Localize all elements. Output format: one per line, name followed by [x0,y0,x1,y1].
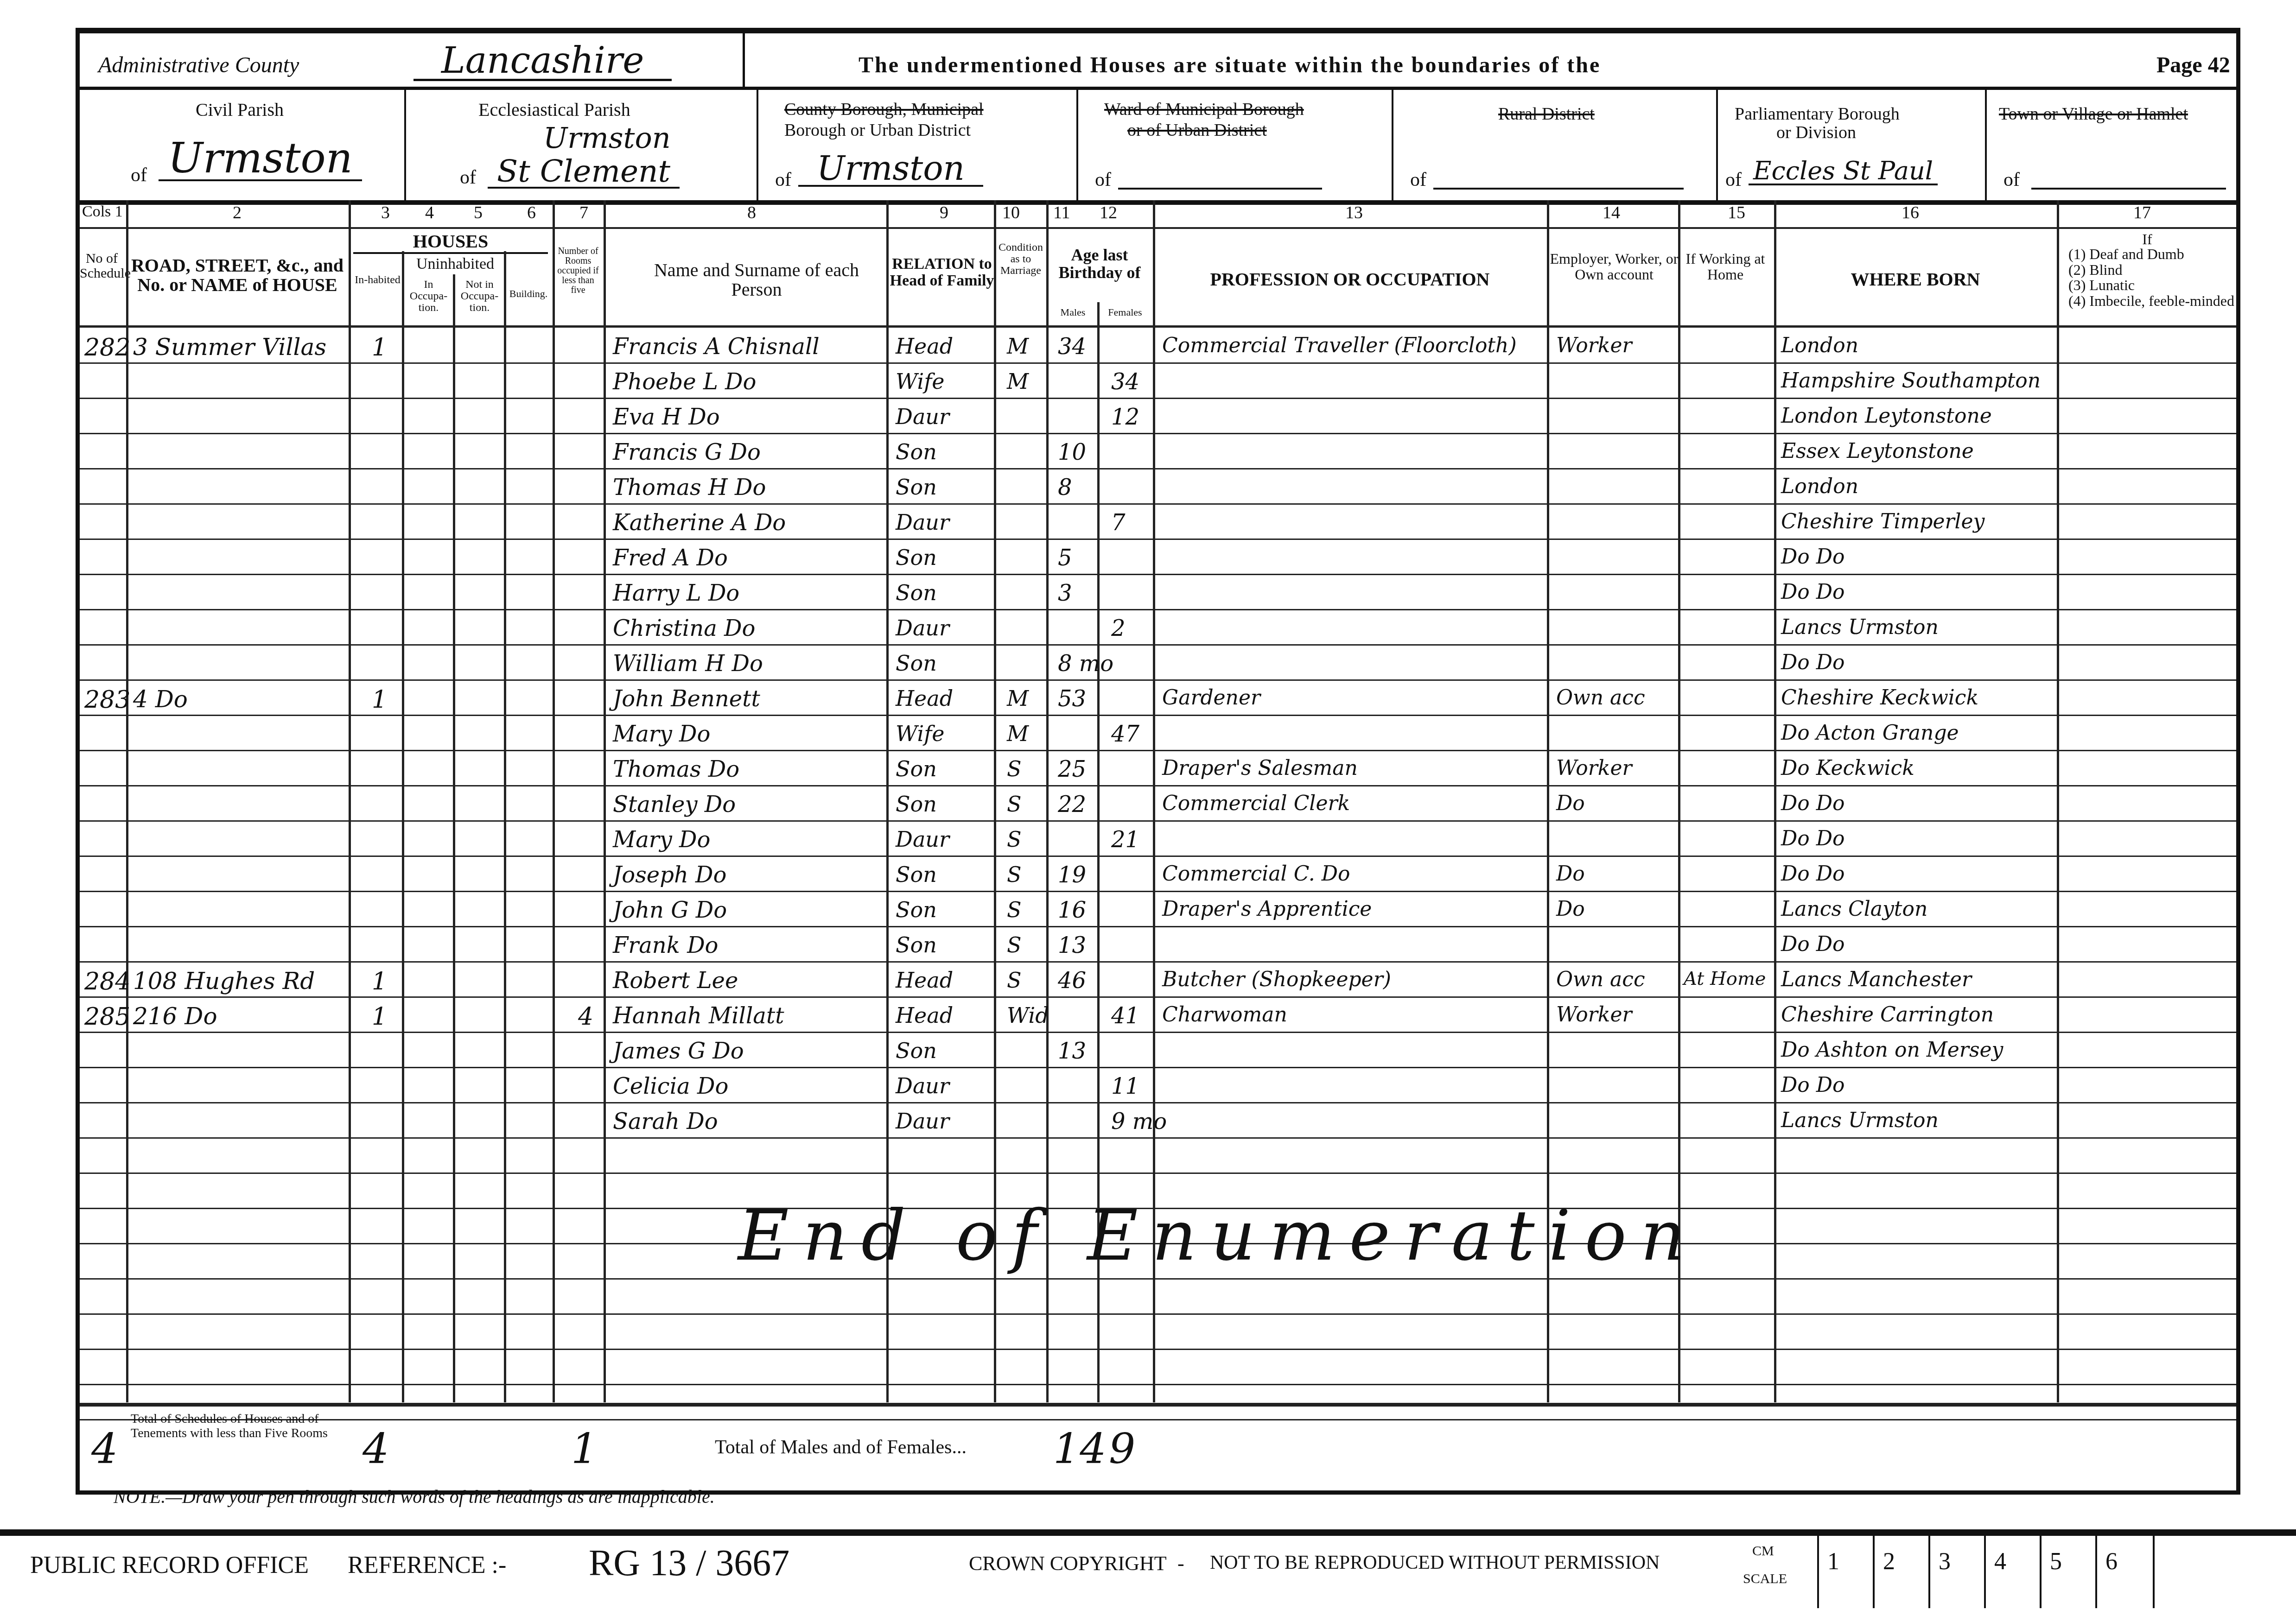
row-relation: Head [896,1005,953,1026]
col-header-in-occupation: In Occupa-tion. [404,279,453,314]
row-relation: Daur [896,1075,949,1097]
county-borough-label-1: County Borough, Municipal [784,101,984,118]
census-row: Christina DoDaur2Lancs Urmston [80,612,2236,647]
row-age-f: 47 [1111,723,1139,745]
row-born: Cheshire Keckwick [1781,688,1978,708]
row-at-home: At Home [1684,970,1766,988]
col-num-14: 14 [1603,204,1620,222]
header-districts: Civil Parish of Urmston Ecclesiastical P… [80,87,2236,205]
row-relation: Son [896,793,937,815]
row-rooms: 4 [578,1005,593,1029]
row-occupation: Commercial Traveller (Floorcloth) [1162,336,1517,356]
infirmity-item: (2) Blind [2068,262,2234,278]
row-condition: S [1007,829,1022,850]
col-header-schedule: No of Schedule [80,251,124,280]
census-row: Katherine A DoDaur7Cheshire Timperley [80,506,2236,541]
row-relation: Son [896,476,937,498]
row-name: Stanley Do [613,793,736,816]
col-num-2: 2 [233,204,242,222]
row-relation: Son [896,899,937,920]
row-relation: Daur [896,406,949,427]
row-name: Frank Do [613,934,719,957]
row-name: Katherine A Do [613,512,786,534]
row-occupation: Draper's Salesman [1162,758,1358,779]
row-occupation: Commercial Clerk [1162,793,1350,814]
row-age-m: 34 [1058,336,1086,358]
row-relation: Head [896,336,953,357]
row-age-f: 11 [1111,1075,1139,1097]
col-num-12: 12 [1100,204,1117,222]
row-age-m: 19 [1058,864,1086,886]
divider [80,1403,2236,1407]
census-row: Harry L DoSon3Do Do [80,577,2236,612]
col-num-17: 17 [2133,204,2151,222]
row-born: Do Do [1781,582,1845,602]
col-header-uninhabited: Uninhabited [404,256,506,273]
dash: - [1177,1552,1184,1575]
row-born: Cheshire Carrington [1781,1005,1994,1025]
row-divider [80,1173,2236,1174]
col-header-houses: HOUSES [353,232,548,251]
row-employment: Own acc [1556,688,1645,708]
row-name: Celicia Do [613,1075,728,1097]
col-header-where-born: WHERE BORN [1776,270,2054,289]
row-name: Joseph Do [613,864,726,886]
ward-box: Ward of Municipal Borough or of Urban Di… [1076,87,1393,200]
row-age-m: 3 [1058,582,1072,604]
of-label: of [131,165,147,185]
row-relation: Wife [896,723,944,744]
rural-district-label: Rural District [1498,105,1595,123]
row-born: Lancs Manchester [1781,970,1972,990]
row-age-f: 9 mo [1111,1110,1167,1133]
col-header-address: ROAD, STREET, &c., and No. or NAME of HO… [131,256,344,295]
row-name: Mary Do [613,723,710,745]
row-condition: M [1007,723,1029,744]
col-header-employment: Employer, Worker, or Own account [1549,251,1679,282]
scale-mark: 5 [2040,1534,2062,1608]
col-header-relation: RELATION to Head of Family [889,256,995,289]
scale-label: SCALE [1743,1571,1787,1587]
row-age-m: 13 [1058,1040,1086,1062]
row-age-f: 41 [1111,1005,1139,1027]
census-row: Celicia DoDaur11Do Do [80,1070,2236,1105]
row-employment: Worker [1556,336,1632,356]
row-name: Francis G Do [613,441,761,463]
row-name: Robert Lee [613,970,738,992]
row-name: Eva H Do [613,406,720,428]
of-label: of [1095,170,1111,190]
town-value-line [2031,188,2226,190]
rural-district-value-line [1433,188,1684,190]
row-relation: Daur [896,829,949,850]
row-relation: Son [896,547,937,568]
row-condition: M [1007,688,1029,709]
col-num-7: 7 [579,204,588,222]
admin-county-value: Lancashire [413,43,672,81]
col-header-occupation: PROFESSION OR OCCUPATION [1155,270,1545,289]
col-header-building: Building. [505,288,552,299]
page-number: Page 42 [2156,54,2230,76]
census-row: Sarah DoDaur9 moLancs Urmston [80,1105,2236,1140]
row-divider [80,1349,2236,1350]
row-born: Lancs Clayton [1781,899,1927,919]
row-born: Do Ashton on Mersey [1781,1040,2003,1060]
row-relation: Daur [896,512,949,533]
row-employment: Own acc [1556,970,1645,990]
county-borough-box: County Borough, Municipal Borough or Urb… [757,87,1078,200]
row-born: London [1781,336,1858,356]
row-schedule: 285 [84,1005,130,1029]
row-address: 108 Hughes Rd [133,970,315,993]
row-condition: S [1007,793,1022,815]
col-header-name: Name and Surname of each Person [627,260,886,299]
county-borough-label-2: Borough or Urban District [784,121,971,139]
row-relation: Son [896,758,937,780]
census-row: Stanley DoSonS22Commercial ClerkDoDo Do [80,788,2236,823]
row-name: Sarah Do [613,1110,718,1133]
col-num-5: 5 [474,204,483,222]
civil-parish-value: Urmston [159,138,362,181]
row-name: Thomas Do [613,758,739,780]
row-age-m: 13 [1058,934,1086,957]
col-header-infirmity-list: (1) Deaf and Dumb (2) Blind (3) Lunatic … [2068,247,2234,309]
row-divider [80,1313,2236,1315]
row-name: John Bennett [613,688,760,710]
col-header-females: Females [1100,307,1151,317]
row-born: Lancs Urmston [1781,1110,1939,1131]
row-name: John G Do [613,899,727,921]
row-age-f: 12 [1111,406,1139,428]
row-schedule: 282 [84,336,130,360]
of-label: of [1410,170,1426,190]
col-header-age: Age last Birthday of [1049,247,1151,282]
row-occupation: Gardener [1162,688,1260,708]
row-divider [80,1384,2236,1385]
divider [743,33,745,87]
col-num-16: 16 [1902,204,1919,222]
census-row: James G DoSon13Do Ashton on Mersey [80,1034,2236,1070]
scale-mark: 6 [2095,1534,2155,1608]
row-employment: Do [1556,864,1585,884]
row-relation: Wife [896,371,944,392]
row-born: Do Acton Grange [1781,723,1959,743]
divider [80,227,2236,229]
infirmity-item: (3) Lunatic [2068,278,2234,293]
row-condition: M [1007,371,1029,392]
total-schedules: 4 [91,1428,118,1470]
row-schedule: 283 [84,688,130,712]
row-relation: Son [896,934,937,956]
row-age-f: 21 [1111,829,1139,851]
census-form: Administrative County Lancashire The und… [76,28,2240,1495]
row-born: Do Do [1781,793,1845,814]
row-divider [80,1278,2236,1280]
scale-mark: 2 [1873,1534,1895,1608]
col-header-condition: Condition as to Marriage [995,242,1046,277]
office-label: PUBLIC RECORD OFFICE [30,1552,309,1579]
row-inhabited: 1 [372,688,387,712]
boundaries-statement: The undermentioned Houses are situate wi… [859,54,1601,76]
census-row: 2823 Summer Villas1Francis A ChisnallHea… [80,330,2236,365]
eccl-parish-box: Ecclesiastical Parish Urmston of St Clem… [404,87,758,200]
row-condition: S [1007,934,1022,956]
civil-parish-label: Civil Parish [196,101,284,119]
of-label: of [460,168,476,187]
row-condition: S [1007,970,1022,991]
row-employment: Do [1556,899,1585,919]
row-born: Essex Leytonstone [1781,441,1974,462]
row-born: Do Do [1781,934,1845,955]
row-relation: Son [896,653,937,674]
county-borough-value: Urmston [798,152,983,187]
row-relation: Head [896,970,953,991]
census-row: Thomas H DoSon8London [80,471,2236,506]
col-num-4: 4 [425,204,434,222]
row-age-f: 2 [1111,617,1126,640]
col-num-1: Cols 1 [82,204,123,220]
row-born: Do Do [1781,829,1845,849]
ward-label-2: or of Urban District [1127,121,1267,139]
of-label: of [775,170,791,190]
row-address: 4 Do [133,688,188,711]
row-address: 3 Summer Villas [133,336,326,359]
total-inhabited: 4 [363,1428,389,1470]
total-rooms: 1 [571,1428,598,1470]
of-label: of [2003,170,2020,190]
scale-label-cm: CM [1752,1543,1774,1559]
totals-label: Total of Schedules of Houses and of Tene… [131,1412,344,1441]
col-header-rooms: Number of Rooms occupied if less than fi… [555,247,601,295]
row-address: 216 Do [133,1005,217,1028]
town-box: Town or Village or Hamlet of [1985,87,2235,200]
parliamentary-box: Parliamentary Borough or Division of Ecc… [1716,87,1987,200]
eccl-parish-value-2: St Clement [488,156,680,189]
row-born: London Leytonstone [1781,406,1992,426]
eccl-parish-value-1: Urmston [543,124,671,152]
col-header-inhabited: In-habited [353,274,402,286]
parliamentary-label-2: or Division [1776,124,1856,141]
census-row: William H DoSon8 moDo Do [80,647,2236,682]
census-row: 2834 Do1John BennettHeadM53GardenerOwn a… [80,682,2236,717]
row-condition: S [1007,758,1022,780]
town-label: Town or Village or Hamlet [1999,105,2188,123]
infirmity-item: (4) Imbecile, feeble-minded [2068,293,2234,309]
divider [353,252,548,254]
row-name: Thomas H Do [613,476,766,499]
row-employment: Do [1556,793,1585,814]
census-row: Fred A DoSon5Do Do [80,541,2236,577]
row-name: Mary Do [613,829,710,851]
census-row: Eva H DoDaur12London Leytonstone [80,400,2236,436]
row-employment: Worker [1556,1005,1632,1025]
row-occupation: Commercial C. Do [1162,864,1350,884]
row-age-f: 7 [1111,512,1126,534]
census-row: 285216 Do14Hannah MillattHeadWid41Charwo… [80,999,2236,1034]
census-row: Joseph DoSonS19Commercial C. DoDoDo Do [80,858,2236,894]
col-header-not-in-occupation: Not in Occupa-tion. [455,279,504,314]
row-relation: Head [896,688,953,709]
scale-mark: 4 [1984,1534,2006,1608]
total-males: 14 [1053,1428,1107,1470]
row-age-m: 46 [1058,970,1086,992]
row-divider [80,1419,2236,1420]
row-schedule: 284 [84,970,130,994]
row-occupation: Draper's Apprentice [1162,899,1372,919]
row-age-m: 5 [1058,547,1072,569]
row-born: Do Do [1781,653,1845,673]
parliamentary-value: Eccles St Paul [1749,158,1938,185]
census-row: Mary DoWifeM47Do Acton Grange [80,717,2236,753]
inapplicable-note: NOTE.—Draw your pen through such words o… [114,1488,715,1506]
row-age-m: 25 [1058,758,1086,780]
row-born: Lancs Urmston [1781,617,1939,638]
row-condition: S [1007,864,1022,885]
row-age-m: 10 [1058,441,1086,463]
census-row: Thomas DoSonS25Draper's SalesmanWorkerDo… [80,753,2236,788]
row-occupation: Charwoman [1162,1005,1287,1025]
reference-value: RG 13 / 3667 [589,1542,789,1585]
census-row: Mary DoDaurS21Do Do [80,823,2236,858]
civil-parish-box: Civil Parish of Urmston [80,87,406,200]
ward-value-line [1118,188,1322,190]
col-num-9: 9 [940,204,948,222]
col-num-15: 15 [1728,204,1745,222]
totals-males-females-label: Total of Males and of Females... [715,1438,967,1457]
census-row: Frank DoSonS13Do Do [80,929,2236,964]
col-num-10: 10 [1002,204,1020,222]
col-num-6: 6 [527,204,536,222]
row-age-m: 8 mo [1058,653,1113,675]
col-header-males: Males [1049,307,1097,317]
row-age-m: 16 [1058,899,1086,921]
infirmity-item: (1) Deaf and Dumb [2068,247,2234,262]
row-inhabited: 1 [372,970,387,994]
of-label: of [1725,170,1742,190]
col-num-13: 13 [1345,204,1363,222]
row-age-m: 8 [1058,476,1072,499]
archive-footer: PUBLIC RECORD OFFICE REFERENCE :- RG 13 … [0,1529,2296,1610]
row-name: Hannah Millatt [613,1005,784,1027]
col-num-11: 11 [1053,204,1070,222]
census-row: John G DoSonS16Draper's ApprenticeDoLanc… [80,894,2236,929]
row-name: James G Do [613,1040,744,1062]
col-header-infirmity-if: If [2059,232,2235,247]
row-age-m: 22 [1058,793,1086,816]
row-name: Harry L Do [613,582,739,604]
row-born: Do Keckwick [1781,758,1914,779]
row-age-f: 34 [1111,371,1139,393]
row-occupation: Butcher (Shopkeeper) [1162,970,1391,990]
col-header-at-home: If Working at Home [1679,251,1772,282]
row-born: Cheshire Timperley [1781,512,1984,532]
row-employment: Worker [1556,758,1632,779]
row-name: Christina Do [613,617,755,640]
reference-label: REFERENCE :- [348,1552,506,1579]
row-inhabited: 1 [372,1005,387,1029]
row-born: Do Do [1781,1075,1845,1096]
row-condition: Wid [1007,1005,1049,1026]
ward-label-1: Ward of Municipal Borough [1104,101,1304,118]
row-condition: S [1007,899,1022,920]
divider [0,1529,2296,1536]
eccl-parish-label: Ecclesiastical Parish [478,101,630,119]
row-age-m: 53 [1058,688,1086,710]
copyright-label: CROWN COPYRIGHT [969,1552,1167,1575]
row-name: Fred A Do [613,547,728,569]
col-num-8: 8 [747,204,756,222]
row-relation: Son [896,582,937,603]
row-relation: Son [896,1040,937,1061]
row-born: Hampshire Southampton [1781,371,2041,391]
census-row: Phoebe L DoWifeM34Hampshire Southampton [80,365,2236,400]
row-name: William H Do [613,653,763,675]
census-row: 284108 Hughes Rd1Robert LeeHeadS46Butche… [80,964,2236,999]
scale-mark: 1 [1817,1534,1839,1608]
row-name: Phoebe L Do [613,371,756,393]
row-name: Francis A Chisnall [613,336,820,358]
row-born: London [1781,476,1858,497]
census-row: Francis G DoSon10Essex Leytonstone [80,436,2236,471]
scale-mark: 3 [1928,1534,1951,1608]
row-relation: Son [896,441,937,463]
row-inhabited: 1 [372,336,387,360]
end-of-enumeration: End of Enumeration [738,1201,1699,1271]
reproduction-notice: NOT TO BE REPRODUCED WITHOUT PERMISSION [1210,1552,1660,1574]
admin-county-label: Administrative County [98,54,299,76]
rural-district-box: Rural District of [1392,87,1718,200]
row-relation: Son [896,864,937,885]
row-born: Do Do [1781,864,1845,884]
parliamentary-label-1: Parliamentary Borough [1735,105,1900,123]
row-born: Do Do [1781,547,1845,567]
col-num-3: 3 [381,204,390,222]
row-relation: Daur [896,617,949,639]
header-top: Administrative County Lancashire The und… [80,33,2236,90]
total-females: 9 [1109,1428,1135,1470]
row-relation: Daur [896,1110,949,1132]
row-condition: M [1007,336,1029,357]
